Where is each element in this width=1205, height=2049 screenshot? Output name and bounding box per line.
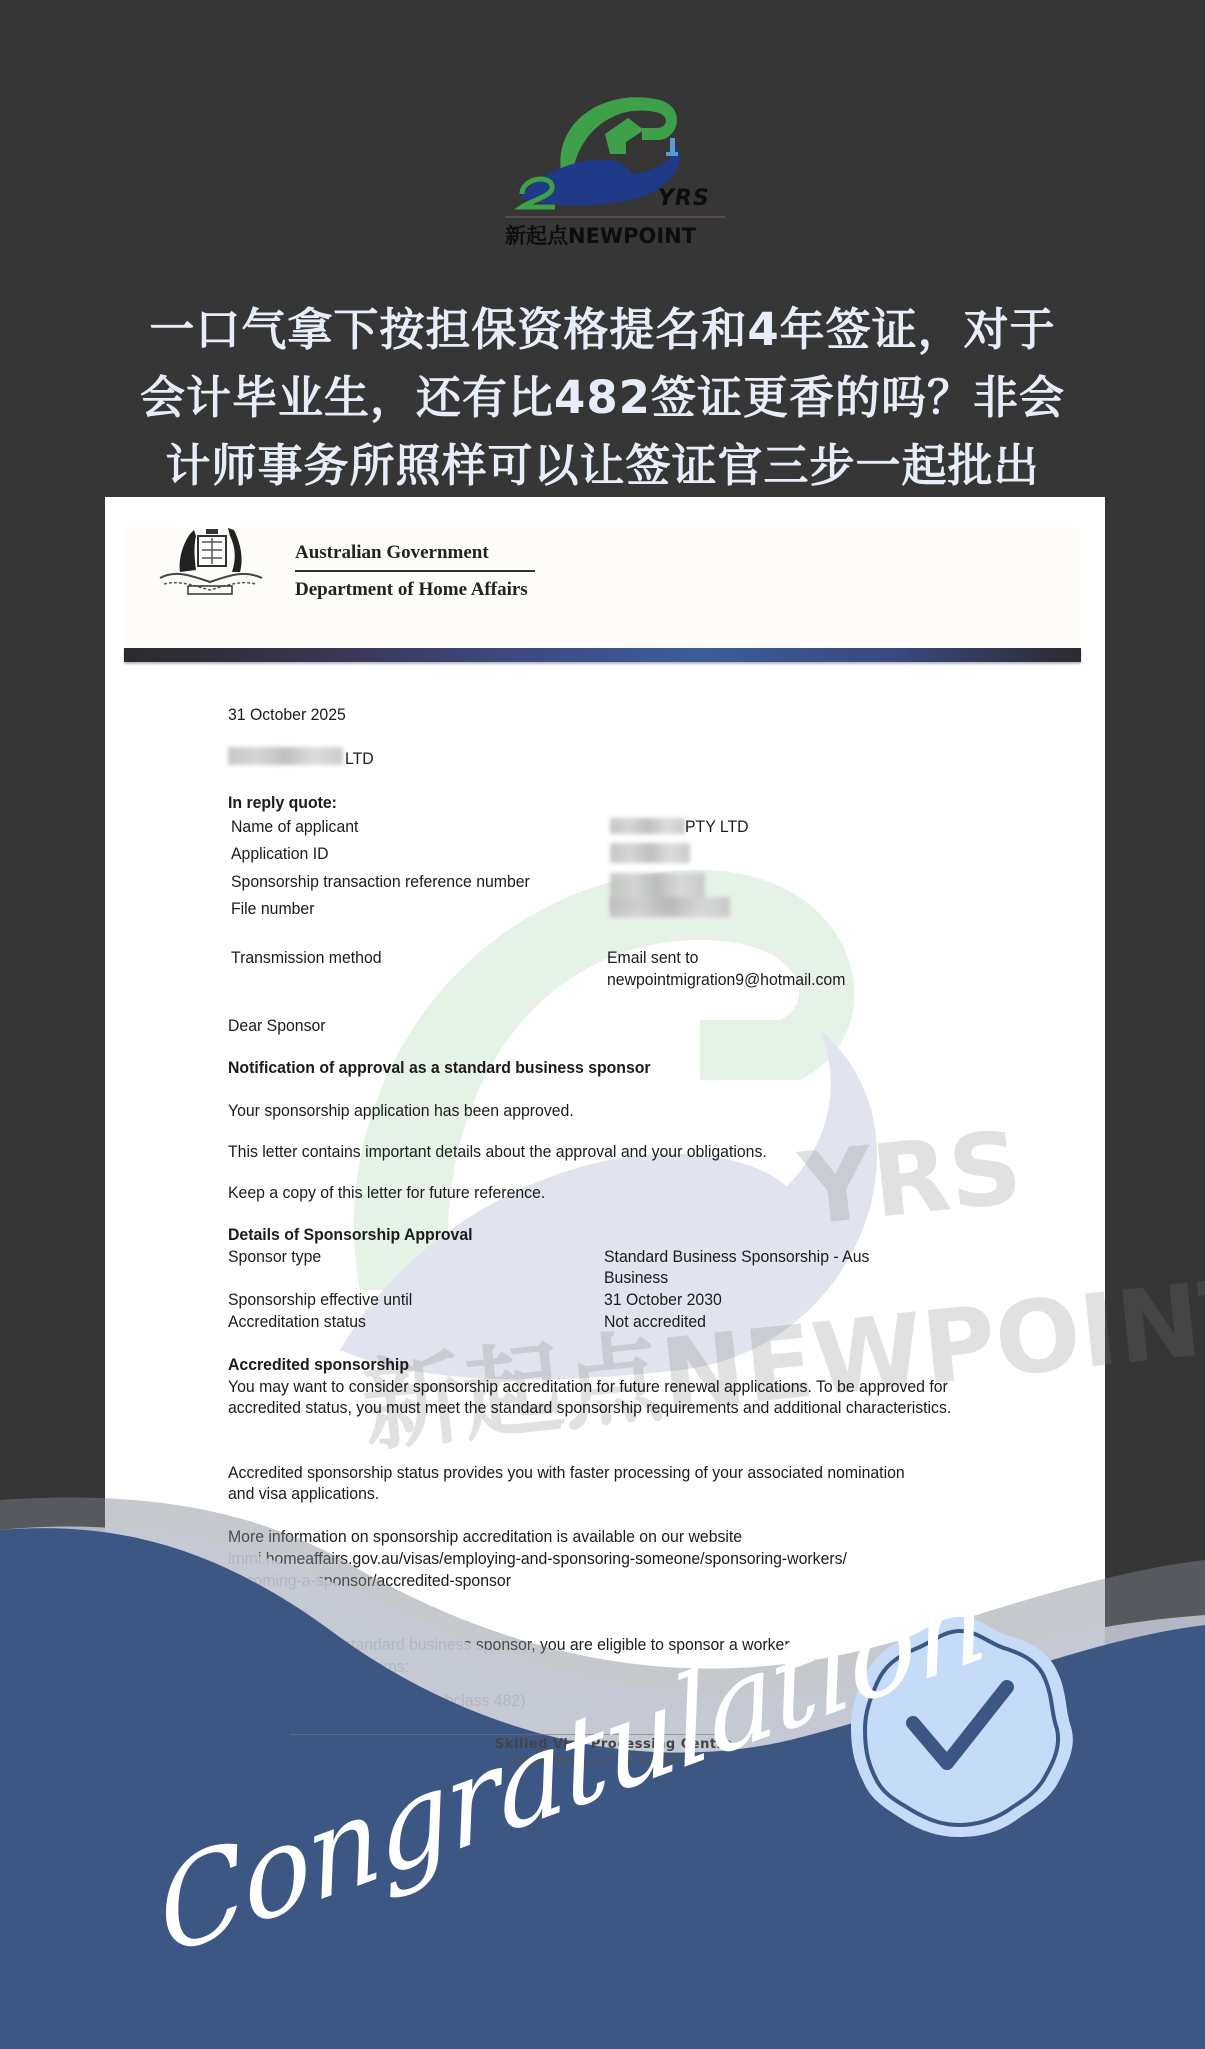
reply-quote-title: In reply quote:	[228, 792, 337, 813]
details-label: Sponsor type	[228, 1246, 321, 1267]
applicant-name-suffix: PTY LTD	[685, 816, 749, 837]
details-label: Accreditation status	[228, 1311, 366, 1332]
government-title: Australian Government	[295, 542, 489, 564]
redacted-file-number	[610, 897, 730, 917]
accredited-title: Accredited sponsorship	[228, 1354, 409, 1375]
details-value: 31 October 2030	[604, 1289, 722, 1310]
department-title: Department of Home Affairs	[295, 579, 528, 601]
details-label: Sponsorship effective until	[228, 1289, 412, 1310]
paragraph: This letter contains important details a…	[228, 1141, 767, 1162]
paragraph: Your sponsorship application has been ap…	[228, 1100, 574, 1121]
details-value: Business	[604, 1267, 668, 1288]
australian-coat-of-arms-icon	[150, 520, 270, 600]
letterhead-bar	[124, 648, 1081, 662]
reply-label: File number	[231, 898, 314, 919]
brand-name: 新起点NEWPOINT	[505, 216, 725, 250]
details-title: Details of Sponsorship Approval	[228, 1224, 473, 1245]
transmission-email: newpointmigration9@hotmail.com	[607, 969, 845, 990]
reply-label: Name of applicant	[231, 816, 358, 837]
reply-label: Application ID	[231, 843, 329, 864]
letter-date: 31 October 2025	[228, 704, 346, 725]
redacted-addressee	[228, 747, 343, 765]
headline-line: 计师事务所照样可以让签证官三步一起批出	[0, 432, 1205, 500]
salutation: Dear Sponsor	[228, 1015, 326, 1036]
reply-label: Sponsorship transaction reference number	[231, 871, 530, 892]
letterhead-divider	[295, 570, 535, 572]
redacted-applicant-name	[610, 818, 685, 834]
newpoint-logo: YRS 新起点NEWPOINT	[510, 82, 710, 242]
addressee-suffix: LTD	[345, 748, 374, 769]
transmission-label: Transmission method	[231, 947, 382, 968]
years-label: YRS	[658, 186, 710, 211]
headline-line: 会计毕业生，还有比482签证更香的吗？非会	[0, 364, 1205, 432]
details-value: Standard Business Sponsorship - Aus	[604, 1246, 869, 1267]
letter-subject: Notification of approval as a standard b…	[228, 1057, 651, 1078]
details-value: Not accredited	[604, 1311, 706, 1332]
transmission-value: Email sent to	[607, 947, 698, 968]
redacted-application-id	[610, 843, 690, 863]
headline: 一口气拿下按担保资格提名和4年签证，对于 会计毕业生，还有比482签证更香的吗？…	[0, 296, 1205, 500]
paragraph: Keep a copy of this letter for future re…	[228, 1182, 545, 1203]
headline-line: 一口气拿下按担保资格提名和4年签证，对于	[0, 296, 1205, 364]
